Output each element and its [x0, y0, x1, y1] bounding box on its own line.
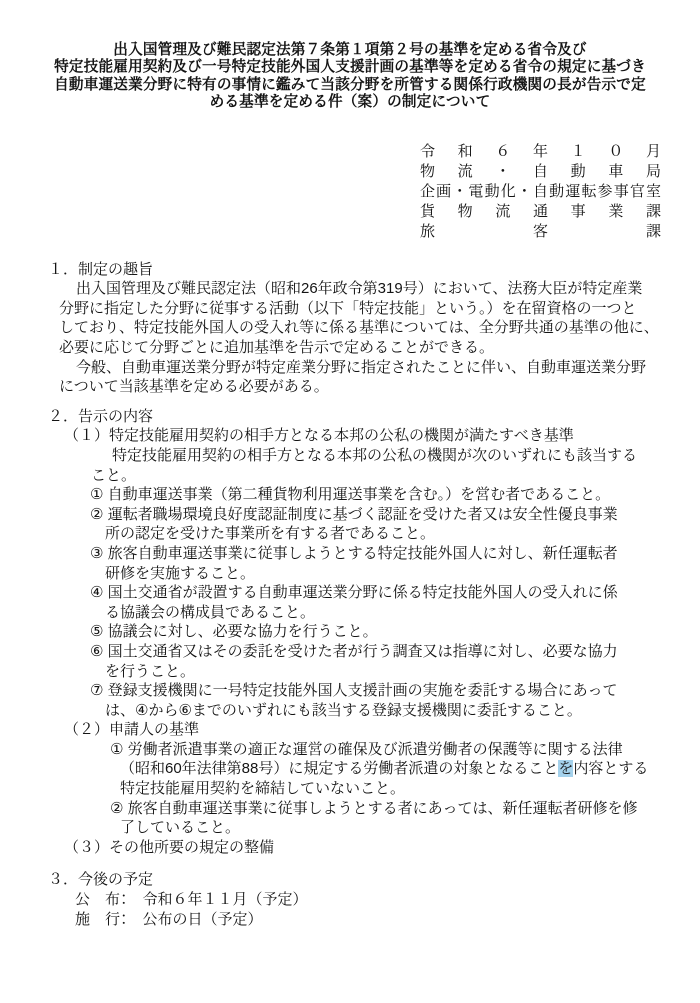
- applicant-item-2: ② 旅客自動車運送事業に従事しようとする者にあっては、新任運転者研修を修 了して…: [120, 799, 686, 838]
- list-item-4: ④ 国土交通省が設置する自動車運送業分野に係る特定技能外国人の受入れに係 る協議…: [105, 583, 686, 622]
- list-item-6: ⑥ 国土交通省又はその委託を受けた者が行う調査又は指導に対し、必要な協力 を行う…: [105, 642, 686, 681]
- list-item-3: ③ 旅客自動車運送事業に従事しようとする特定技能外国人に対し、新任運転者 研修を…: [105, 544, 686, 583]
- applicant-item-1-text-before: ① 労働者派遣事業の適正な運営の確保及び派遣労働者の保護等に関する法律 （昭和6…: [110, 741, 623, 778]
- schedule-enforcement: 施 行： 公布の日（予定）: [75, 910, 700, 930]
- section-purpose: １．制定の趣旨 出入国管理及び難民認定法（昭和26年政令第319号）において、法…: [0, 260, 700, 397]
- subsection-1-heading: （１）特定技能雇用契約の相手方となる本邦の公私の機関が満たすべき基準: [64, 426, 700, 446]
- list-item-2: ② 運転者職場環境良好度認証制度に基づく認証を受けた者又は安全性優良事業 所の認…: [105, 505, 686, 544]
- issuer-division-freight: 貨物流通事業課: [420, 202, 661, 222]
- applicant-item-1: ① 労働者派遣事業の適正な運営の確保及び派遣労働者の保護等に関する法律 （昭和6…: [120, 740, 686, 799]
- section-purpose-paragraph-2: 今般、自動車運送業分野が特定産業分野に指定されたことに伴い、自動車運送業分野 に…: [59, 358, 680, 397]
- issuer-division-passenger: 旅客課: [420, 222, 661, 242]
- subsection-2: （２）申請人の基準 ① 労働者派遣事業の適正な運営の確保及び派遣労働者の保護等に…: [0, 720, 700, 838]
- schedule-promulgation: 公 布： 令和６年１１月（予定）: [75, 890, 700, 910]
- list-item-1: ① 自動車運送事業（第二種貨物利用運送事業を含む。）を営む者であること。: [105, 485, 686, 505]
- section-purpose-heading: １．制定の趣旨: [48, 260, 700, 280]
- document-body: １．制定の趣旨 出入国管理及び難民認定法（昭和26年政令第319号）において、法…: [0, 260, 700, 930]
- subsection-2-heading: （２）申請人の基準: [64, 720, 700, 740]
- document-title: 出入国管理及び難民認定法第７条第１項第２号の基準を定める省令及び 特定技能雇用契…: [28, 42, 672, 112]
- subsection-3-heading: （３）その他所要の規定の整備: [64, 838, 700, 858]
- subsection-1: （１）特定技能雇用契約の相手方となる本邦の公私の機関が満たすべき基準 特定技能雇…: [0, 426, 700, 720]
- subsection-1-lead: 特定技能雇用契約の相手方となる本邦の公私の機関が次のいずれにも該当する こと。: [91, 446, 680, 485]
- section-schedule: ３．今後の予定 公 布： 令和６年１１月（予定） 施 行： 公布の日（予定）: [0, 870, 700, 929]
- document-page: 出入国管理及び難民認定法第７条第１項第２号の基準を定める省令及び 特定技能雇用契…: [0, 0, 700, 1003]
- section-notice-heading: ２．告示の内容: [48, 407, 700, 427]
- subsection-3: （３）その他所要の規定の整備: [0, 838, 700, 858]
- highlight-mark: を: [558, 760, 573, 777]
- section-schedule-heading: ３．今後の予定: [48, 870, 700, 890]
- list-item-7: ⑦ 登録支援機関に一号特定技能外国人支援計画の実施を委託する場合にあって は、④…: [105, 681, 686, 720]
- issuer-bureau: 物流・自動車局: [420, 162, 661, 182]
- section-notice-content: ２．告示の内容 （１）特定技能雇用契約の相手方となる本邦の公私の機関が満たすべき…: [0, 407, 700, 858]
- issuer-date: 令和６年１０月: [420, 142, 661, 162]
- list-item-5: ⑤ 協議会に対し、必要な協力を行うこと。: [105, 622, 686, 642]
- issuer-block: 令和６年１０月 物流・自動車局 企画・電動化・自動運転参事官室 貨物流通事業課 …: [420, 142, 661, 242]
- issuer-office: 企画・電動化・自動運転参事官室: [420, 182, 661, 202]
- section-purpose-paragraph-1: 出入国管理及び難民認定法（昭和26年政令第319号）において、法務大臣が特定産業…: [59, 279, 680, 357]
